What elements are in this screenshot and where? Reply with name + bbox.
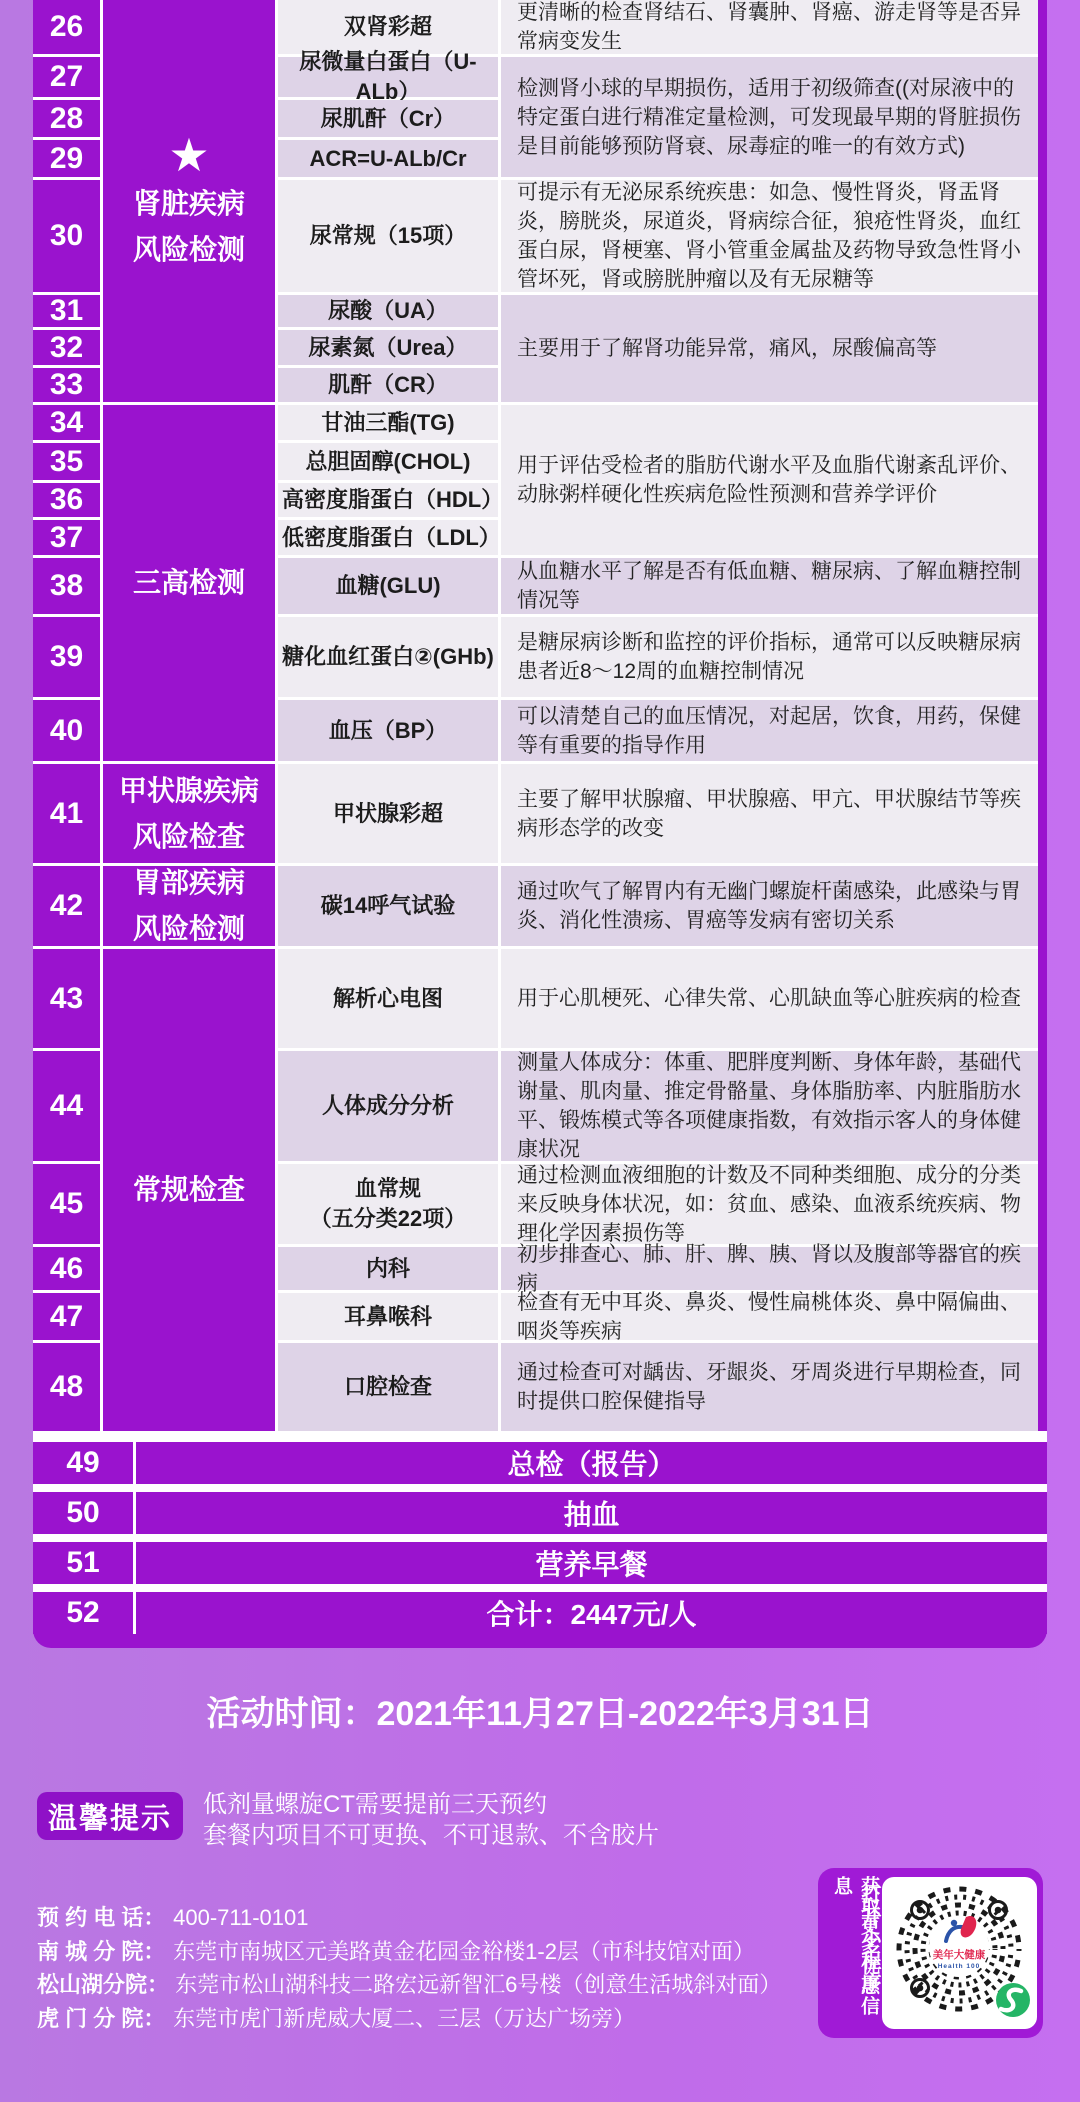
description-cell: 通过吹气了解胃内有无幽门螺旋杆菌感染，此感染与胃炎、消化性溃疡、胃癌等发病有密切… xyxy=(501,866,1038,946)
row-number-cell: 35 xyxy=(33,443,100,480)
row-number-cell: 51 xyxy=(33,1542,133,1584)
warm-tips-badge: 温馨提示 xyxy=(37,1792,183,1840)
contact-line-songshanhu: 松山湖分院： 东莞市松山湖科技二路宏远新智汇6号楼（创意生活城斜对面） xyxy=(37,1968,781,2002)
category-label: 甲状腺疾病 风险检查 xyxy=(119,768,259,860)
test-name-cell: 尿肌酐（Cr） xyxy=(278,100,498,137)
booking-phone-number: 400-711-0101 xyxy=(173,1905,308,1930)
description-cell: 测量人体成分：体重、肥胖度判断、身体年龄，基础代谢量、肌肉量、推定骨骼量、身体脂… xyxy=(501,1051,1038,1161)
description-cell: 初步排查心、肺、肝、脾、胰、肾以及腹部等器官的疾病 xyxy=(501,1247,1038,1290)
test-name-cell: 低密度脂蛋白（LDL） xyxy=(278,520,498,555)
test-name-cell: 双肾彩超 xyxy=(278,0,498,54)
category-cell: 三高检测 xyxy=(103,405,275,761)
qr-code: 美年大健康 Health 100 xyxy=(882,1877,1037,2029)
test-name-cell: 解析心电图 xyxy=(278,949,498,1048)
test-name-cell: 血常规 （五分类22项） xyxy=(278,1164,498,1244)
activity-period-text: 活动时间：2021年11月27日-2022年3月31日 xyxy=(0,1686,1080,1735)
description-cell: 从血糖水平了解是否有低血糖、糖尿病、了解血糖控制情况等 xyxy=(501,558,1038,614)
description-cell: 用于心肌梗死、心律失常、心肌缺血等心脏疾病的检查 xyxy=(501,949,1038,1048)
row-divider xyxy=(33,1534,1047,1542)
test-name-cell: 糖化血红蛋白②(GHb) xyxy=(278,617,498,697)
summary-row: 52 合计：2447元/人 xyxy=(33,1592,1047,1634)
table-bottom-edge xyxy=(33,1634,1047,1648)
description-cell: 通过检测血液细胞的计数及不同种类细胞、成分的分类来反映身体状况，如：贫血、感染、… xyxy=(501,1164,1038,1244)
row-divider xyxy=(33,1484,1047,1492)
contact-line-nancheng: 南 城 分 院： 东莞市南城区元美路黄金花园金裕楼1-2层（市科技馆对面） xyxy=(37,1935,781,1969)
warm-tips-lines: 低剂量螺旋CT需要提前三天预约 套餐内项目不可更换、不可退款、不含胶片 xyxy=(203,1789,659,1851)
test-name-cell: 耳鼻喉科 xyxy=(278,1293,498,1340)
row-number-cell: 52 xyxy=(33,1592,133,1634)
test-name-cell: 碳14呼气试验 xyxy=(278,866,498,946)
row-number-cell: 41 xyxy=(33,764,100,863)
summary-label: 营养早餐 xyxy=(136,1542,1047,1584)
category-label: 常规检查 xyxy=(133,1167,245,1213)
contact-block: 预 约 电 话： 400-711-0101 南 城 分 院： 东莞市南城区元美路… xyxy=(37,1901,781,2035)
summary-label: 总检（报告） xyxy=(136,1442,1047,1484)
table-section-divider xyxy=(33,1431,1047,1442)
test-name-cell: 甘油三酯(TG) xyxy=(278,405,498,440)
row-number-cell: 26 xyxy=(33,0,100,54)
category-cell: 常规检查 xyxy=(103,949,275,1431)
test-name-cell: 尿素氮（Urea） xyxy=(278,330,498,365)
branch-address: 东莞市虎门新虎威大厦二、三层（万达广场旁） xyxy=(173,2006,635,2031)
description-cell: 通过检查可对龋齿、牙龈炎、牙周炎进行早期检查，同时提供口腔保健指导 xyxy=(501,1343,1038,1431)
row-number-cell: 36 xyxy=(33,483,100,517)
description-cell: 可提示有无泌尿系统疾患：如急、慢性肾炎，肾盂肾炎，膀胱炎，尿道炎，肾病综合征，狼… xyxy=(501,180,1038,292)
test-name-cell: 总胆固醇(CHOL) xyxy=(278,443,498,480)
mini-program-qr-card: 打开小程序 获取更多优惠信息 xyxy=(818,1868,1043,2038)
row-number-cell: 46 xyxy=(33,1247,100,1290)
contact-label: 虎 门 分 院： xyxy=(37,2002,167,2036)
row-divider xyxy=(33,1584,1047,1592)
row-number-cell: 42 xyxy=(33,866,100,946)
row-number-cell: 28 xyxy=(33,100,100,137)
row-number-cell: 37 xyxy=(33,520,100,555)
description-cell: 主要了解甲状腺瘤、甲状腺癌、甲亢、甲状腺结节等疾病形态学的改变 xyxy=(501,764,1038,863)
tip-line: 套餐内项目不可更换、不可退款、不含胶片 xyxy=(203,1820,659,1851)
summary-total-label: 合计：2447元/人 xyxy=(136,1592,1047,1634)
test-name-cell: 尿微量白蛋白（U-ALb） xyxy=(278,57,498,97)
summary-row: 50 抽血 xyxy=(33,1492,1047,1534)
row-number-cell: 27 xyxy=(33,57,100,97)
description-cell: 检测肾小球的早期损伤，适用于初级筛查((对尿液中的特定蛋白进行精准定量检测，可发… xyxy=(501,57,1038,177)
row-number-cell: 30 xyxy=(33,180,100,292)
description-cell: 主要用于了解肾功能异常，痛风，尿酸偏高等 xyxy=(501,295,1038,402)
star-icon: ★ xyxy=(168,129,209,181)
category-cell: 甲状腺疾病 风险检查 xyxy=(103,764,275,863)
summary-row: 49 总检（报告） xyxy=(33,1442,1047,1484)
test-name-cell: 血糖(GLU) xyxy=(278,558,498,614)
test-name-cell: 内科 xyxy=(278,1247,498,1290)
row-number-cell: 43 xyxy=(33,949,100,1048)
branch-address: 东莞市南城区元美路黄金花园金裕楼1-2层（市科技馆对面） xyxy=(173,1939,755,1964)
category-label: 肾脏疾病 风险检测 xyxy=(133,181,245,273)
tip-line: 低剂量螺旋CT需要提前三天预约 xyxy=(203,1789,659,1820)
exam-table-grid: 26双肾彩超更清晰的检查肾结石、肾囊肿、肾癌、游走肾等是否异常病变发生27尿微量… xyxy=(33,0,1038,1431)
brand-subtitle-text: Health 100 xyxy=(938,1963,981,1970)
test-name-cell: 口腔检查 xyxy=(278,1343,498,1431)
description-cell: 可以清楚自己的血压情况，对起居，饮食，用药，保健等有重要的指导作用 xyxy=(501,700,1038,761)
row-number-cell: 34 xyxy=(33,405,100,440)
description-cell: 更清晰的检查肾结石、肾囊肿、肾癌、游走肾等是否异常病变发生 xyxy=(501,0,1038,54)
test-name-cell: 人体成分分析 xyxy=(278,1051,498,1161)
contact-line-phone: 预 约 电 话： 400-711-0101 xyxy=(37,1901,781,1935)
branch-address: 东莞市松山湖科技二路宏远新智汇6号楼（创意生活城斜对面） xyxy=(175,1972,781,1997)
test-name-cell: 血压（BP） xyxy=(278,700,498,761)
qr-code-pattern: 美年大健康 Health 100 xyxy=(882,1877,1037,2029)
description-cell: 检查有无中耳炎、鼻炎、慢性扁桃体炎、鼻中隔偏曲、咽炎等疾病 xyxy=(501,1293,1038,1340)
row-number-cell: 50 xyxy=(33,1492,133,1534)
health-checkup-poster: 26双肾彩超更清晰的检查肾结石、肾囊肿、肾癌、游走肾等是否异常病变发生27尿微量… xyxy=(0,0,1080,2102)
qr-vertical-text-discount: 获取更多优惠信息 xyxy=(828,1876,882,2030)
row-number-cell: 47 xyxy=(33,1293,100,1340)
description-cell: 用于评估受检者的脂肪代谢水平及血脂代谢紊乱评价、动脉粥样硬化性疾病危险性预测和营… xyxy=(501,405,1038,555)
contact-label: 松山湖分院： xyxy=(37,1968,169,2002)
row-number-cell: 32 xyxy=(33,330,100,365)
contact-line-humen: 虎 门 分 院： 东莞市虎门新虎威大厦二、三层（万达广场旁） xyxy=(37,2002,781,2036)
row-number-cell: 31 xyxy=(33,295,100,327)
description-cell: 是糖尿病诊断和监控的评价指标，通常可以反映糖尿病患者近8～12周的血糖控制情况 xyxy=(501,617,1038,697)
test-name-cell: ACR=U-ALb/Cr xyxy=(278,140,498,177)
summary-label: 抽血 xyxy=(136,1492,1047,1534)
test-name-cell: 甲状腺彩超 xyxy=(278,764,498,863)
row-number-cell: 38 xyxy=(33,558,100,614)
contact-label: 预 约 电 话： xyxy=(37,1901,167,1935)
brand-name-text: 美年大健康 xyxy=(933,1948,986,1961)
row-number-cell: 29 xyxy=(33,140,100,177)
row-number-cell: 45 xyxy=(33,1164,100,1244)
category-cell: ★肾脏疾病 风险检测 xyxy=(103,0,275,402)
wechat-mini-program-icon xyxy=(996,1983,1030,2017)
test-name-cell: 高密度脂蛋白（HDL） xyxy=(278,483,498,517)
category-label: 三高检测 xyxy=(133,560,245,606)
summary-row: 51 营养早餐 xyxy=(33,1542,1047,1584)
test-name-cell: 肌酐（CR） xyxy=(278,368,498,402)
exam-table: 26双肾彩超更清晰的检查肾结石、肾囊肿、肾癌、游走肾等是否异常病变发生27尿微量… xyxy=(33,0,1047,1648)
test-name-cell: 尿常规（15项） xyxy=(278,180,498,292)
contact-label: 南 城 分 院： xyxy=(37,1935,167,1969)
test-name-cell: 尿酸（UA） xyxy=(278,295,498,327)
row-number-cell: 39 xyxy=(33,617,100,697)
row-number-cell: 49 xyxy=(33,1442,133,1484)
category-label: 胃部疾病 风险检测 xyxy=(133,860,245,952)
category-cell: 胃部疾病 风险检测 xyxy=(103,866,275,946)
row-number-cell: 48 xyxy=(33,1343,100,1431)
row-number-cell: 44 xyxy=(33,1051,100,1161)
row-number-cell: 40 xyxy=(33,700,100,761)
row-number-cell: 33 xyxy=(33,368,100,402)
